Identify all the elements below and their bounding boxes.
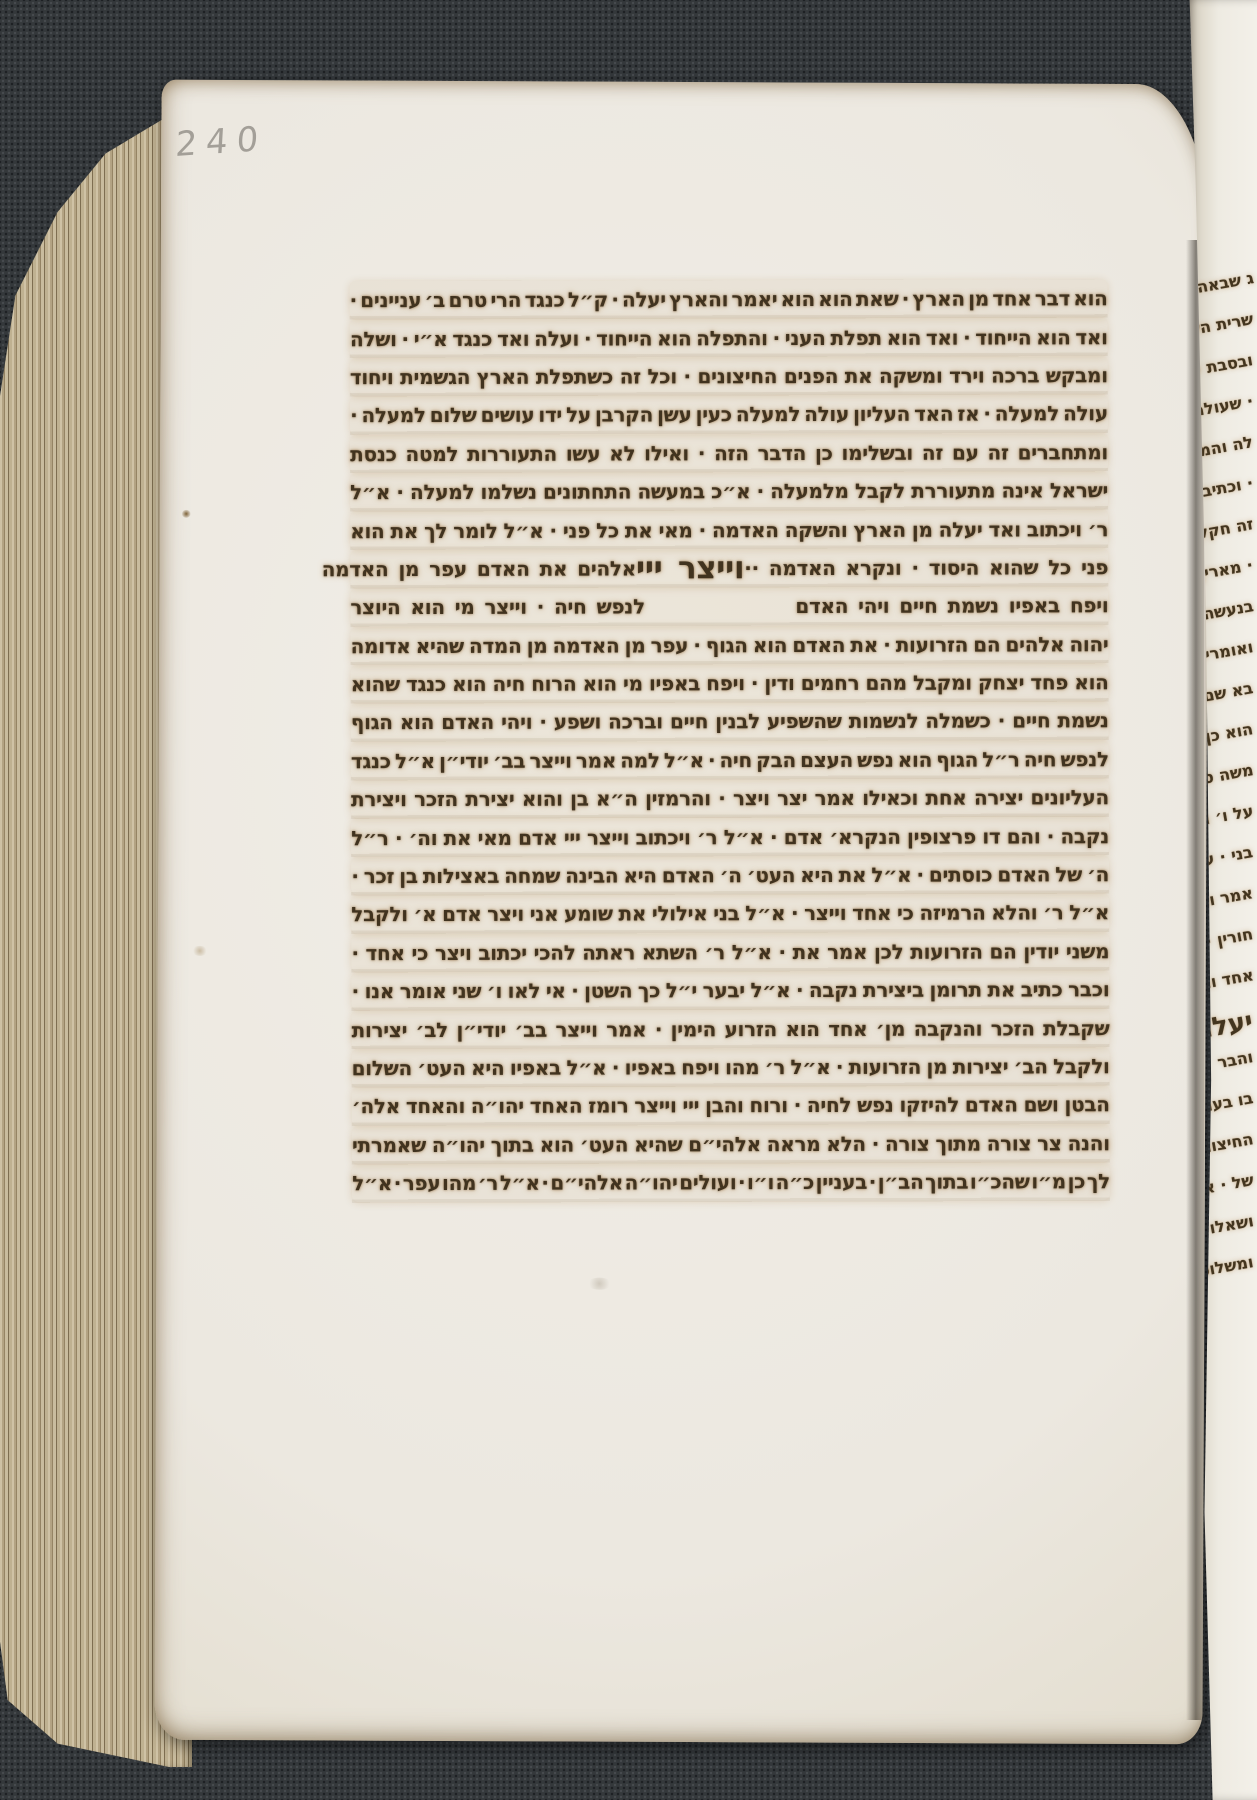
manuscript-word: יעלה <box>622 288 666 312</box>
stain-spot <box>182 510 191 518</box>
manuscript-word: ר׳ <box>1043 901 1063 925</box>
manuscript-word: אחד <box>828 1016 867 1040</box>
manuscript-word: עשן <box>657 403 692 427</box>
manuscript-word: הזרוע <box>724 1017 777 1041</box>
manuscript-word: · <box>612 1055 619 1079</box>
manuscript-word: השלום <box>352 1056 412 1080</box>
manuscript-word: אדומה <box>351 634 411 658</box>
manuscript-word: הלא <box>826 1132 866 1156</box>
manuscript-word: שהוא <box>989 555 1038 579</box>
manuscript-word: ו׳ <box>487 979 502 1003</box>
manuscript-word: ר׳ <box>705 940 725 964</box>
manuscript-word: למה <box>620 748 659 772</box>
manuscript-word: רומז <box>588 1094 628 1118</box>
manuscript-word: לקבל <box>855 479 905 503</box>
manuscript-word: · <box>751 671 758 695</box>
manuscript-word: ייי <box>682 1094 699 1118</box>
manuscript-word: · <box>352 979 359 1003</box>
manuscript-line: לנפשחיהר״להגוףהואנפשהעצםהבקחיה·א״ללמהאמר… <box>351 740 1109 780</box>
manuscript-word: הגשמית <box>400 365 470 389</box>
manuscript-word: הגוף <box>706 633 748 657</box>
manuscript-word: · <box>778 940 785 964</box>
manuscript-word: · <box>698 441 705 465</box>
manuscript-word: אז <box>957 402 979 426</box>
manuscript-word: הבק <box>756 748 796 772</box>
manuscript-word: התעוררות <box>467 441 557 465</box>
manuscript-word: הב׳ <box>1014 1054 1048 1078</box>
stain-spot <box>192 946 208 956</box>
manuscript-word: את <box>625 518 653 542</box>
manuscript-word: כן <box>815 441 833 465</box>
manuscript-word: יהו״ה <box>625 1171 678 1195</box>
manuscript-word: שמחה <box>504 864 560 888</box>
manuscript-word: לבנין <box>715 710 760 734</box>
manuscript-word: מן <box>398 557 419 581</box>
manuscript-word: פרצופין <box>907 824 976 848</box>
manuscript-word: האדם <box>997 862 1050 886</box>
manuscript-word: א״ל <box>750 978 790 1002</box>
manuscript-word: הזרועות <box>910 939 982 963</box>
manuscript-word: כשתפלת <box>536 364 613 388</box>
manuscript-word: יהו״ה <box>471 1094 524 1118</box>
manuscript-word: הוא <box>753 633 787 657</box>
manuscript-word: הייחוד <box>975 325 1031 349</box>
manuscript-word: צר <box>1037 1131 1062 1155</box>
manuscript-word: תרומן <box>929 978 981 1002</box>
manuscript-word: · <box>718 786 725 810</box>
manuscript-word: מי <box>623 672 643 696</box>
manuscript-photo: 240 הואדבראחדמןהארץ·שאתהואהואיאמרוהארץיע… <box>0 0 1257 1800</box>
manuscript-word: את <box>839 863 867 887</box>
manuscript-word: עפר <box>429 557 467 581</box>
manuscript-word: התחתונים <box>543 480 631 504</box>
manuscript-word: ר׳ <box>1088 517 1108 541</box>
manuscript-word: והתפלה <box>696 326 768 350</box>
manuscript-word: כי <box>897 901 914 925</box>
manuscript-word: האדם <box>662 863 715 887</box>
manuscript-word: למעלה <box>410 480 474 504</box>
manuscript-word: יהוה <box>1069 632 1108 656</box>
manuscript-line: והנהצרצורהמתוךצורה·הלאמראהאלהי״םשהיאהעט׳… <box>352 1124 1110 1164</box>
manuscript-word: א״ל <box>724 825 764 849</box>
manuscript-word: ואילו <box>644 441 689 465</box>
manuscript-word: האדם <box>792 633 845 657</box>
manuscript-line: הואפחדיצחקומקבלמהםרחמיםודין·ויפחבאפיומיה… <box>351 663 1109 703</box>
manuscript-word: פחד <box>1030 670 1068 694</box>
manuscript-word: העני <box>785 326 826 350</box>
manuscript-word: ר׳ <box>765 1055 785 1079</box>
manuscript-word: א״כ <box>711 479 750 503</box>
manuscript-word: למעלה <box>361 403 425 427</box>
manuscript-word: מאי <box>478 825 512 849</box>
manuscript-word: א״ל <box>790 1055 830 1079</box>
manuscript-word: יכתוב <box>478 941 527 965</box>
manuscript-word: א״ל <box>395 749 435 773</box>
manuscript-word: וייצר <box>555 1017 597 1041</box>
manuscript-word: יצירת <box>465 787 514 811</box>
manuscript-word: הארץ <box>853 517 905 541</box>
manuscript-word: וייצר <box>587 825 629 849</box>
manuscript-word: נפש <box>857 1093 894 1117</box>
manuscript-word: יבער <box>703 978 745 1002</box>
manuscript-word: · <box>708 748 715 772</box>
manuscript-line: ויפחבאפיונשמתחייםויהיהאדםלנפשחיה·וייצרמי… <box>350 586 1108 626</box>
text-block: הואדבראחדמןהארץ·שאתהואהואיאמרוהארץיעלה·ק… <box>350 279 1110 1205</box>
manuscript-word: וירד <box>949 364 984 388</box>
manuscript-word: · <box>549 518 556 542</box>
manuscript-word: את <box>618 902 646 926</box>
manuscript-word: כן <box>1068 1169 1086 1193</box>
manuscript-word: מהו <box>442 1171 476 1195</box>
manuscript-word: ייי <box>636 550 663 586</box>
manuscript-line: נקבה·והםדופרצופיןהנקרא׳אדם·א״לר׳ויכתובוי… <box>351 817 1109 857</box>
manuscript-word: · <box>963 325 970 349</box>
manuscript-word: הוא <box>350 519 384 543</box>
manuscript-word: תפלת <box>830 325 881 349</box>
manuscript-word: העליונים <box>1030 785 1108 809</box>
manuscript-word: מראה <box>767 1132 821 1156</box>
manuscript-word: אנו <box>365 979 395 1003</box>
manuscript-word: שומע <box>564 902 613 926</box>
manuscript-word: יודין <box>1023 939 1059 963</box>
manuscript-word: מאי <box>659 518 693 542</box>
manuscript-word: א״ל <box>871 863 911 887</box>
manuscript-word: שני <box>452 979 481 1003</box>
manuscript-word: א׳ <box>414 902 437 926</box>
manuscript-word: אלה׳ <box>352 1094 400 1118</box>
manuscript-word: וכל <box>647 364 676 388</box>
manuscript-word: על <box>566 403 591 427</box>
manuscript-word: · <box>911 556 918 580</box>
manuscript-word: ועלה <box>534 326 579 350</box>
manuscript-word: ובשלימו <box>841 440 913 464</box>
manuscript-word: הוא <box>887 325 921 349</box>
manuscript-word: עולה <box>1063 402 1108 426</box>
manuscript-word: לנפש <box>597 595 645 619</box>
manuscript-word: והרמזין <box>645 787 711 811</box>
gutter-shadow <box>1186 240 1204 1720</box>
manuscript-word: כעין <box>696 403 732 427</box>
stain-spot <box>586 1278 612 1290</box>
manuscript-word: כל <box>596 518 619 542</box>
manuscript-word: א״ל <box>732 940 772 964</box>
manuscript-word: עשו <box>566 441 601 465</box>
manuscript-word: חיה <box>554 595 587 619</box>
lemma-words: וייצרייי <box>636 550 744 586</box>
manuscript-word: ושם <box>1024 1093 1059 1117</box>
manuscript-word: · <box>794 1093 801 1117</box>
manuscript-word: ויפח <box>1070 594 1109 618</box>
manuscript-word: ברכה <box>991 363 1039 387</box>
manuscript-word: · <box>611 288 618 312</box>
manuscript-word: שהכ״ו <box>970 1170 1030 1194</box>
manuscript-word: ויפח <box>706 671 745 695</box>
manuscript-word: ר״ל <box>351 826 389 850</box>
manuscript-word: היא <box>800 863 833 887</box>
manuscript-word: · <box>683 364 690 388</box>
manuscript-word: הוא <box>781 287 815 311</box>
manuscript-word: שאת <box>856 287 899 311</box>
manuscript-word: כנגד <box>351 749 391 773</box>
manuscript-word: שהשפיע <box>767 709 842 733</box>
manuscript-word: · <box>872 1132 879 1156</box>
manuscript-word: · <box>883 632 890 656</box>
manuscript-word: לנפש <box>1060 747 1108 771</box>
manuscript-word: לא <box>609 441 635 465</box>
manuscript-word: העליון <box>853 402 910 426</box>
manuscript-word: הוא <box>785 1017 819 1041</box>
manuscript-word: משני <box>1066 939 1109 963</box>
manuscript-line: משנייודיןהםהזרועותלכןאמראת·א״לר׳השתאראתה… <box>351 932 1109 972</box>
manuscript-word: אמר <box>576 748 616 772</box>
manuscript-word: אילולי <box>652 902 708 926</box>
manuscript-word: האדמה <box>769 556 836 580</box>
manuscript-word: את <box>540 557 568 581</box>
manuscript-line: ומתחבריםזהעםזהובשלימוכןהדברהזה·ואילולאעש… <box>350 433 1108 473</box>
manuscript-word: ישראל <box>1050 478 1108 502</box>
manuscript-line: הואדבראחדמןהארץ·שאתהואהואיאמרוהארץיעלה·ק… <box>350 279 1108 319</box>
manuscript-word: אדם <box>518 825 557 849</box>
manuscript-word: א״ל <box>350 480 390 504</box>
manuscript-word: ויצר <box>435 941 472 965</box>
manuscript-word: כנגד <box>525 288 565 312</box>
manuscript-word: לומר <box>453 518 497 542</box>
manuscript-word: · <box>571 979 578 1003</box>
manuscript-word: וה׳ <box>409 826 438 850</box>
manuscript-word: וייצר <box>529 748 571 772</box>
manuscript-word: זכר <box>364 864 395 888</box>
manuscript-word: בן <box>570 787 589 811</box>
manuscript-word: הוא <box>452 672 486 696</box>
manuscript-word: ביצירת <box>863 978 924 1002</box>
manuscript-word: · <box>1047 824 1054 848</box>
manuscript-word: הוא <box>1073 286 1107 310</box>
manuscript-word: · <box>539 710 546 734</box>
manuscript-word: בן <box>399 864 418 888</box>
manuscript-word: ויהי <box>501 710 532 734</box>
manuscript-word: את <box>845 364 873 388</box>
manuscript-word: אלהי״ם <box>688 1132 761 1156</box>
manuscript-word: וכבר <box>1068 977 1109 1001</box>
manuscript-page: 240 הואדבראחדמןהארץ·שאתהואהואיאמרוהארץיע… <box>154 80 1209 1745</box>
manuscript-word: הם <box>973 632 1000 656</box>
manuscript-word: · <box>351 941 358 965</box>
manuscript-word: כך <box>638 979 660 1003</box>
manuscript-word: עם <box>952 440 979 464</box>
manuscript-word: המדה <box>469 633 522 657</box>
manuscript-word: הנקרא׳ <box>829 824 900 848</box>
manuscript-word: ייי <box>564 825 581 849</box>
manuscript-word: הרמיזה <box>919 901 985 925</box>
manuscript-word: ויפח <box>681 1055 720 1079</box>
manuscript-word: א״ל <box>503 518 543 542</box>
manuscript-word: היוצר <box>350 595 400 619</box>
manuscript-word: האחד <box>530 1094 583 1118</box>
manuscript-word: ויכתוב <box>1027 517 1082 541</box>
manuscript-word: חיה <box>493 672 526 696</box>
manuscript-word: הארץ <box>477 365 529 389</box>
manuscript-word: וייצר <box>634 1094 676 1118</box>
manuscript-word: הזה <box>714 441 749 465</box>
manuscript-word: נקבה <box>809 978 858 1002</box>
manuscript-word: להכי <box>534 940 576 964</box>
manuscript-word: · <box>796 978 803 1002</box>
manuscript-word: עפר <box>403 1171 441 1195</box>
manuscript-word: להיזקו <box>899 1093 959 1117</box>
manuscript-word: ואד <box>1075 325 1107 349</box>
manuscript-word: הייחוד <box>596 326 652 350</box>
manuscript-word: והבן <box>705 1094 744 1118</box>
manuscript-word: · <box>998 709 1005 733</box>
manuscript-word: נשמת <box>1057 709 1108 733</box>
manuscript-word: אלהים <box>1006 632 1065 656</box>
manuscript-word: נשמת <box>948 594 999 618</box>
manuscript-word: רחמים <box>801 671 860 695</box>
manuscript-word: את <box>850 633 878 657</box>
manuscript-word: העט׳ <box>747 863 795 887</box>
manuscript-word: שאמרתי <box>352 1133 426 1157</box>
manuscript-line: ומבקשברכהוירדומשקהאתהפניםהחיצונים·וכלזהכ… <box>350 356 1108 396</box>
manuscript-word: האדמה <box>322 557 389 581</box>
manuscript-word: אמר <box>815 786 855 810</box>
manuscript-word: ומקבל <box>913 671 972 695</box>
manuscript-word: הפנים <box>784 364 838 388</box>
manuscript-word: ויצירת <box>351 787 407 811</box>
manuscript-word: כשמלה <box>925 709 990 733</box>
manuscript-word: צורה <box>987 1131 1032 1155</box>
manuscript-word: האד <box>914 402 953 426</box>
manuscript-word: הוא <box>657 326 691 350</box>
manuscript-word: אומר <box>400 979 447 1003</box>
manuscript-word: חיים <box>899 594 937 618</box>
manuscript-word: מן׳ <box>876 1016 905 1040</box>
manuscript-word: · <box>757 479 764 503</box>
manuscript-word: · <box>394 1171 401 1195</box>
manuscript-word: טרם <box>448 288 487 312</box>
manuscript-word: עושים <box>481 403 535 427</box>
manuscript-word: את <box>390 519 418 543</box>
manuscript-word: הרוח <box>531 672 576 696</box>
manuscript-word: ושפע <box>554 710 601 734</box>
manuscript-word: א״ל <box>566 1056 606 1080</box>
manuscript-word: ק״ל <box>568 288 608 312</box>
manuscript-word: ומתחברים <box>1018 440 1108 464</box>
manuscript-word: ה׳ <box>720 863 742 887</box>
manuscript-word: וברכה <box>608 710 663 734</box>
manuscript-word: · <box>350 288 357 312</box>
manuscript-word: · <box>773 326 780 350</box>
manuscript-line: ואדהואהייחוד·ואדהואתפלתהעני·והתפלההואהיי… <box>350 318 1108 358</box>
manuscript-word: את <box>793 940 821 964</box>
manuscript-word: · <box>396 480 403 504</box>
manuscript-word: נקבה <box>1060 824 1109 848</box>
manuscript-word: הבטן <box>1064 1093 1109 1117</box>
manuscript-word: באפיו <box>1009 594 1060 618</box>
manuscript-word: ולקבל <box>1053 1054 1110 1078</box>
manuscript-word: · <box>395 826 402 850</box>
manuscript-word: ואד <box>926 325 958 349</box>
manuscript-word: · <box>983 402 990 426</box>
manuscript-word: היא <box>623 863 656 887</box>
manuscript-word: · <box>351 864 358 888</box>
manuscript-word: יצר <box>777 786 807 810</box>
manuscript-word: לך <box>424 518 447 542</box>
manuscript-word: א״ל <box>664 748 704 772</box>
manuscript-word: הב״ן <box>878 1170 924 1194</box>
manuscript-word: לכן <box>874 940 903 964</box>
manuscript-word: הוא <box>1036 325 1070 349</box>
manuscript-word: כנגד <box>452 326 492 350</box>
manuscript-word: הוא <box>410 595 444 619</box>
facing-page-fragment: והבר <box>1216 1047 1255 1072</box>
manuscript-word: · <box>738 1170 745 1194</box>
manuscript-word: מן <box>926 1055 947 1079</box>
manuscript-word: · <box>836 1055 843 1079</box>
manuscript-word: ויצר <box>487 902 524 926</box>
manuscript-word: אחד <box>992 287 1031 311</box>
folio-number: 240 <box>174 119 268 165</box>
manuscript-word: מן <box>968 287 989 311</box>
manuscript-word: ואד <box>497 326 529 350</box>
manuscript-word: כי <box>411 941 428 965</box>
manuscript-word: לאו <box>508 979 541 1003</box>
manuscript-word: אינה <box>1001 479 1043 503</box>
manuscript-word: · <box>791 901 798 925</box>
manuscript-word: העצם <box>800 748 853 772</box>
manuscript-word: כ״ה <box>776 1170 814 1194</box>
manuscript-word: אדם <box>442 902 481 926</box>
manuscript-word: א״י <box>414 327 448 351</box>
manuscript-word: והלא <box>991 901 1037 925</box>
manuscript-word: הגוף <box>351 711 393 735</box>
manuscript-word: והנקבה <box>914 1016 983 1040</box>
manuscript-word: אמר <box>827 940 867 964</box>
manuscript-word: · <box>770 825 777 849</box>
manuscript-word: מ״ו <box>1031 1169 1066 1193</box>
manuscript-word: זה <box>620 364 641 388</box>
manuscript-word: הוא <box>400 710 434 734</box>
manuscript-word: מהו <box>725 1055 759 1079</box>
manuscript-word: שהיא <box>416 634 464 658</box>
manuscript-word: הוא <box>583 672 617 696</box>
manuscript-word: והארץ <box>669 287 728 311</box>
manuscript-word: בעניין <box>816 1170 868 1194</box>
manuscript-word: והאחד <box>406 1094 465 1118</box>
manuscript-word: וייצר <box>678 550 744 586</box>
manuscript-word: הם <box>989 939 1016 963</box>
manuscript-word: חיים <box>670 710 708 734</box>
manuscript-word: יעלה <box>939 517 983 541</box>
manuscript-word: ויהי <box>858 594 889 618</box>
manuscript-line: העליוניםיצירהאחתוכאילואמריצרויצר·והרמזין… <box>351 778 1109 818</box>
manuscript-word: בב׳ <box>493 749 525 773</box>
manuscript-word: · <box>401 327 408 351</box>
manuscript-word: הוא <box>540 1132 574 1156</box>
manuscript-word: ולקבל <box>351 902 408 926</box>
manuscript-word: עפר <box>651 633 689 657</box>
manuscript-word: כנסת <box>350 442 397 466</box>
manuscript-word: · <box>350 404 357 428</box>
manuscript-word: דו <box>982 824 1000 848</box>
manuscript-word: האדמה <box>712 518 779 542</box>
manuscript-word: ונקרא <box>846 556 902 580</box>
manuscript-word: חיים <box>1012 709 1050 733</box>
manuscript-word: האדם <box>441 710 494 734</box>
manuscript-word: ושלה <box>350 327 397 351</box>
manuscript-word: ·· <box>744 556 759 580</box>
manuscript-word: הדבר <box>758 441 807 465</box>
manuscript-word: זה <box>987 440 1008 464</box>
